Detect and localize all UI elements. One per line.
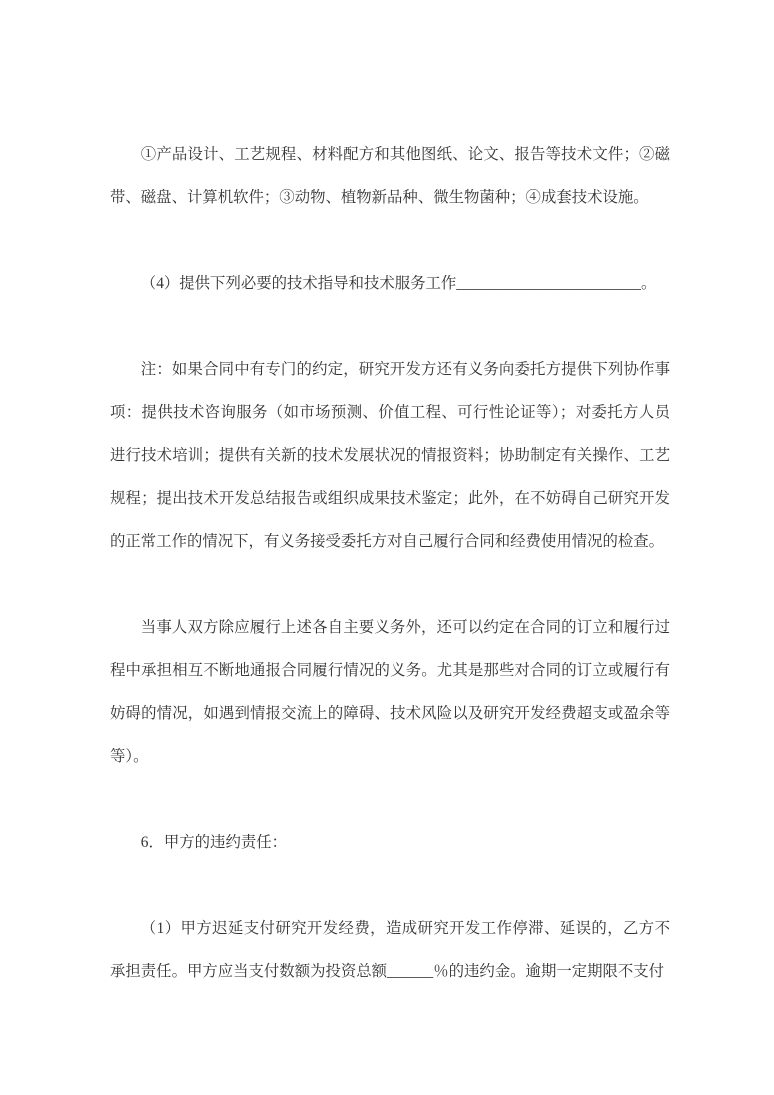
document-page: ①产品设计、工艺规程、材料配方和其他图纸、论文、报告等技术文件；②磁带、磁盘、计… <box>0 0 774 1095</box>
para-note-cooperation-obligations: 注：如果合同中有专门的约定，研究开发方还有义务向委托方提供下列协作事项：提供技术… <box>110 348 670 563</box>
para-parties-mutual-notification: 当事人双方除应履行上述各自主要义务外，还可以约定在合同的订立和履行过程中承担相互… <box>110 606 670 778</box>
para-tech-documents-list: ①产品设计、工艺规程、材料配方和其他图纸、论文、报告等技术文件；②磁带、磁盘、计… <box>110 133 670 219</box>
para-heading-6-party-a-breach-liability: 6．甲方的违约责任： <box>110 821 670 864</box>
para-clause-4-tech-guidance-blank: （4）提供下列必要的技术指导和技术服务工作___________________… <box>110 262 670 305</box>
document-content: ①产品设计、工艺规程、材料配方和其他图纸、论文、报告等技术文件；②磁带、磁盘、计… <box>110 133 670 993</box>
para-clause-1-delayed-payment-penalty: （1）甲方迟延支付研究开发经费，造成研究开发工作停滞、延误的，乙方不承担责任。甲… <box>110 907 670 993</box>
